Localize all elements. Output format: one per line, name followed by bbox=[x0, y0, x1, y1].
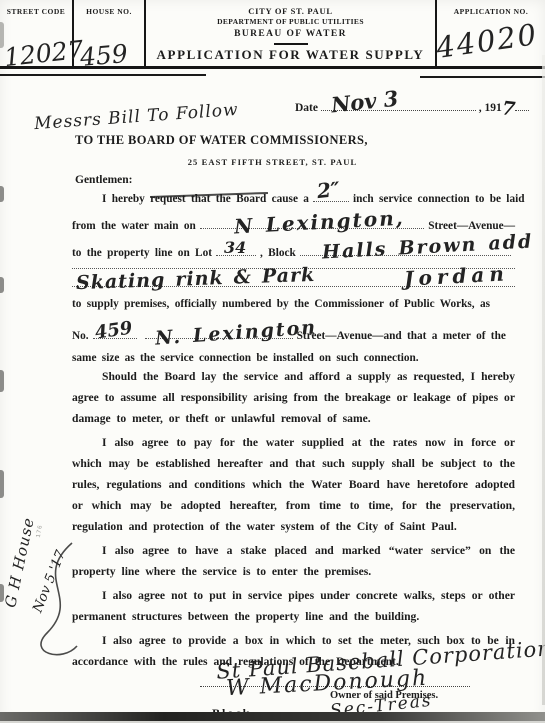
request-line-1-pre: I hereby request that the Board cause a bbox=[72, 193, 309, 205]
request-line-1-post: inch service connection to be laid bbox=[353, 193, 525, 205]
block-value: Halls Brown add bbox=[321, 232, 533, 262]
date-label: Date bbox=[295, 102, 318, 114]
year-dotted-tail bbox=[515, 96, 529, 111]
org-city-line: CITY OF ST. PAUL bbox=[146, 6, 435, 16]
request-line-5: to supply premises, officially numbered … bbox=[72, 298, 515, 310]
lot-value: 34 bbox=[224, 240, 246, 256]
date-value: Nov 3 bbox=[330, 88, 399, 116]
house-no-label: HOUSE NO. bbox=[74, 0, 144, 16]
bureau-heading: CITY OF ST. PAUL DEPARTMENT OF PUBLIC UT… bbox=[146, 0, 435, 66]
street-code-label: STREET CODE bbox=[0, 0, 72, 16]
block-label: , Block bbox=[260, 247, 296, 259]
scan-edge-mark bbox=[0, 470, 4, 498]
premises-street-value: N. Lexington bbox=[154, 318, 317, 348]
scan-edge-mark bbox=[0, 22, 4, 48]
scan-edge-mark bbox=[0, 370, 4, 392]
addressee-line: TO THE BOARD OF WATER COMMISSIONERS, bbox=[75, 133, 368, 148]
lot-field: 34 bbox=[216, 242, 256, 256]
board-address: 25 EAST FIFTH STREET, ST. PAUL bbox=[0, 157, 545, 167]
header-underline-left bbox=[0, 74, 206, 76]
request-line-7: same size as the service connection be i… bbox=[72, 352, 515, 364]
scan-bottom-shadow bbox=[0, 712, 545, 721]
scan-edge-mark bbox=[0, 584, 4, 602]
org-bureau-line: BUREAU OF WATER bbox=[146, 29, 435, 39]
water-supply-application-form: STREET CODE HOUSE NO. CITY OF ST. PAUL D… bbox=[0, 0, 545, 723]
agreement-paragraph: I also agree to pay for the water suppli… bbox=[72, 432, 515, 537]
request-line-2: from the water main on N Lexington, Stre… bbox=[72, 215, 515, 232]
billing-annotation: Messrs Bill To Follow bbox=[34, 102, 239, 133]
form-title: APPLICATION FOR WATER SUPPLY bbox=[146, 47, 435, 63]
date-field: Nov 3 bbox=[321, 96, 476, 111]
premises-no-value: 459 bbox=[94, 319, 134, 342]
salutation: Gentlemen: bbox=[75, 174, 132, 186]
service-size-field: 2″ bbox=[313, 188, 349, 202]
agreement-paragraph: I also agree not to put in service pipes… bbox=[72, 585, 515, 627]
premises-signature-value: Jordan bbox=[404, 263, 510, 288]
date-line: Date Nov 3 , 1917 bbox=[295, 96, 529, 120]
same-size-text: same size as the service connection be i… bbox=[72, 352, 419, 364]
request-line-2-pre: from the water main on bbox=[72, 220, 196, 232]
agreement-paragraph: Should the Board lay the service and aff… bbox=[72, 366, 515, 429]
lot-label: to the property line on Lot bbox=[72, 247, 212, 259]
meter-clause-text: Street—Avenue—and that a meter of the bbox=[297, 330, 506, 342]
scan-edge-mark bbox=[0, 277, 4, 293]
request-line-6: No. 459 N. Lexington Street—Avenue—and t… bbox=[72, 325, 515, 342]
supply-premises-text: to supply premises, officially numbered … bbox=[72, 298, 490, 310]
year-digit: 7 bbox=[501, 97, 516, 120]
ink-flourish bbox=[22, 538, 92, 668]
block-field: Halls Brown add bbox=[300, 242, 511, 256]
water-main-street-field: N Lexington, bbox=[200, 215, 424, 229]
request-line-3: to the property line on Lot 34 , Block H… bbox=[72, 242, 515, 259]
water-main-street-value: N Lexington, bbox=[233, 208, 404, 237]
premises-no-field: 459 bbox=[93, 325, 137, 339]
year-prefix: , 191 bbox=[479, 102, 502, 114]
scan-edge-mark bbox=[0, 186, 4, 202]
premises-street-field: N. Lexington bbox=[145, 325, 293, 339]
agreement-paragraphs: Should the Board lay the service and aff… bbox=[72, 366, 515, 675]
heading-divider bbox=[274, 43, 308, 45]
service-size-value: 2″ bbox=[316, 179, 341, 201]
house-no-value: 459 bbox=[79, 41, 129, 70]
year-printed: , 1917 bbox=[479, 98, 515, 120]
street-avenue-label: Street—Avenue— bbox=[428, 220, 515, 232]
request-line-1: I hereby request that the Board cause a … bbox=[72, 188, 515, 205]
premises-description-value: Skating rink & Park bbox=[76, 266, 316, 293]
premises-description-field: Skating rink & Park Jordan bbox=[72, 268, 515, 287]
header-underline-right bbox=[420, 76, 545, 78]
premises-no-label: No. bbox=[72, 330, 89, 342]
org-department-line: DEPARTMENT OF PUBLIC UTILITIES bbox=[146, 17, 435, 26]
application-no-label: APPLICATION NO. bbox=[437, 0, 545, 16]
agreement-paragraph: I also agree to have a stake placed and … bbox=[72, 540, 515, 582]
